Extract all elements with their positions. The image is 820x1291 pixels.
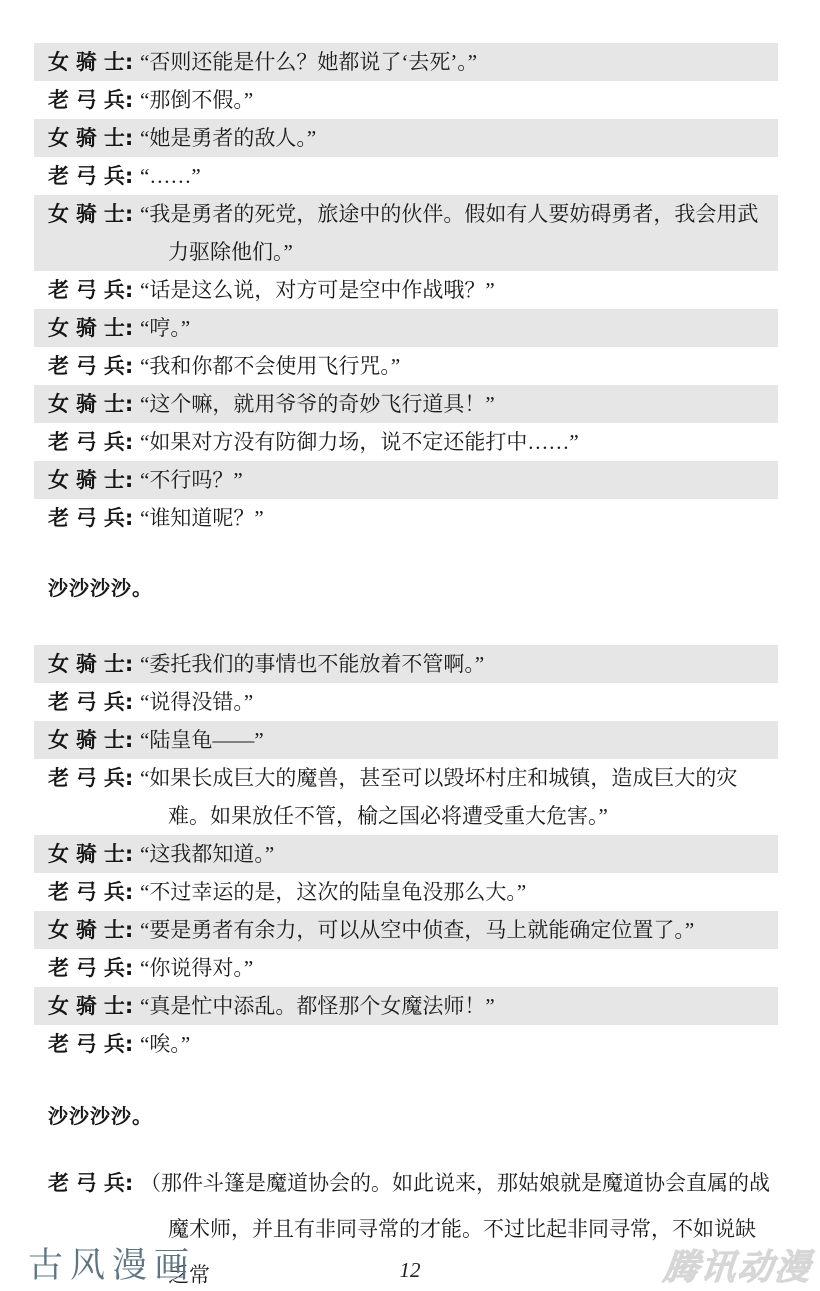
dialogue-text: “那倒不假。” <box>140 81 772 119</box>
dialogue-text: “如果长成巨大的魔兽，甚至可以毁坏村庄和城镇，造成巨大的灾难。如果放任不管，榆之… <box>140 759 772 835</box>
dialogue-row: 女骑士:“否则还能是什么？她都说了‘去死’。” <box>34 43 778 81</box>
dialogue-text: “不行吗？” <box>140 461 772 499</box>
dialogue-text: “真是忙中添乱。都怪那个女魔法师！” <box>140 987 772 1025</box>
speaker-label: 女骑士: <box>48 911 140 949</box>
speaker-label: 老弓兵: <box>48 1025 140 1063</box>
narration-sfx: 沙沙沙沙。 <box>48 577 820 599</box>
dialogue-row: 女骑士:“陆皇龟——” <box>34 721 778 759</box>
dialogue-row: 女骑士:“不行吗？” <box>34 461 778 499</box>
dialogue-row: 老弓兵:“……” <box>34 157 778 195</box>
dialogue-row: 老弓兵:“说得没错。” <box>34 683 778 721</box>
speaker-label: 老弓兵: <box>48 423 140 461</box>
dialogue-row: 老弓兵:“如果长成巨大的魔兽，甚至可以毁坏村庄和城镇，造成巨大的灾难。如果放任不… <box>34 759 778 835</box>
speaker-label: 女骑士: <box>48 835 140 873</box>
dialogue-text: “不过幸运的是，这次的陆皇龟没那么大。” <box>140 873 772 911</box>
dialogue-row: 老弓兵:“那倒不假。” <box>34 81 778 119</box>
dialogue-row: 女骑士:“委托我们的事情也不能放着不管啊。” <box>34 645 778 683</box>
dialogue-row: 女骑士:“这我都知道。” <box>34 835 778 873</box>
dialogue-text: “你说得对。” <box>140 949 772 987</box>
dialogue-list: 女骑士:“否则还能是什么？她都说了‘去死’。”老弓兵:“那倒不假。”女骑士:“她… <box>0 0 820 1291</box>
dialogue-text: “我和你都不会使用飞行咒。” <box>140 347 772 385</box>
dialogue-section: 女骑士:“委托我们的事情也不能放着不管啊。”老弓兵:“说得没错。”女骑士:“陆皇… <box>34 645 778 1063</box>
dialogue-row: 女骑士:“我是勇者的死党，旅途中的伙伴。假如有人要妨碍勇者，我会用武力驱除他们。… <box>34 195 778 271</box>
speaker-label: 女骑士: <box>48 461 140 499</box>
dialogue-text: “……” <box>140 157 772 195</box>
speaker-label: 女骑士: <box>48 195 140 233</box>
speaker-label: 女骑士: <box>48 119 140 157</box>
dialogue-row: 老弓兵:“不过幸运的是，这次的陆皇龟没那么大。” <box>34 873 778 911</box>
dialogue-text: “哼。” <box>140 309 772 347</box>
dialogue-text: “说得没错。” <box>140 683 772 721</box>
speaker-label: 老弓兵: <box>48 759 140 797</box>
speaker-label: 女骑士: <box>48 385 140 423</box>
speaker-label: 老弓兵: <box>48 499 140 537</box>
speaker-label: 老弓兵: <box>48 949 140 987</box>
dialogue-row: 女骑士:“真是忙中添乱。都怪那个女魔法师！” <box>34 987 778 1025</box>
dialogue-row: 女骑士:“哼。” <box>34 309 778 347</box>
dialogue-text: “她是勇者的敌人。” <box>140 119 772 157</box>
script-page: 女骑士:“否则还能是什么？她都说了‘去死’。”老弓兵:“那倒不假。”女骑士:“她… <box>0 0 820 1291</box>
speaker-label: 老弓兵: <box>48 873 140 911</box>
dialogue-row: 女骑士:“她是勇者的敌人。” <box>34 119 778 157</box>
speaker-label: 女骑士: <box>48 309 140 347</box>
dialogue-text: “委托我们的事情也不能放着不管啊。” <box>140 645 772 683</box>
speaker-label: 老弓兵: <box>48 81 140 119</box>
dialogue-text: “我是勇者的死党，旅途中的伙伴。假如有人要妨碍勇者，我会用武力驱除他们。” <box>140 195 772 271</box>
dialogue-row: 女骑士:“要是勇者有余力，可以从空中侦查，马上就能确定位置了。” <box>34 911 778 949</box>
dialogue-text: “否则还能是什么？她都说了‘去死’。” <box>140 43 772 81</box>
dialogue-row: 女骑士:“这个嘛，就用爷爷的奇妙飞行道具！” <box>34 385 778 423</box>
dialogue-text: “要是勇者有余力，可以从空中侦查，马上就能确定位置了。” <box>140 911 772 949</box>
dialogue-text: “陆皇龟——” <box>140 721 772 759</box>
dialogue-text: “唉。” <box>140 1025 772 1063</box>
narration-sfx: 沙沙沙沙。 <box>48 1105 820 1127</box>
dialogue-text: “谁知道呢？” <box>140 499 772 537</box>
dialogue-row: 老弓兵:“如果对方没有防御力场，说不定还能打中……” <box>34 423 778 461</box>
dialogue-row: 老弓兵:“你说得对。” <box>34 949 778 987</box>
dialogue-text: “如果对方没有防御力场，说不定还能打中……” <box>140 423 772 461</box>
speaker-label: 女骑士: <box>48 43 140 81</box>
speaker-label: 女骑士: <box>48 645 140 683</box>
speaker-label: 老弓兵: <box>48 157 140 195</box>
dialogue-text: “这我都知道。” <box>140 835 772 873</box>
watermark: 腾讯动漫 <box>661 1240 814 1290</box>
speaker-label: 女骑士: <box>48 721 140 759</box>
dialogue-text: “这个嘛，就用爷爷的奇妙飞行道具！” <box>140 385 772 423</box>
speaker-label: 老弓兵: <box>48 347 140 385</box>
speaker-label: 女骑士: <box>48 987 140 1025</box>
dialogue-row: 老弓兵:“话是这么说，对方可是空中作战哦？” <box>34 271 778 309</box>
dialogue-row: 老弓兵:“唉。” <box>34 1025 778 1063</box>
dialogue-row: 老弓兵:“谁知道呢？” <box>34 499 778 537</box>
speaker-label: 老弓兵: <box>48 271 140 309</box>
speaker-label: 老弓兵: <box>48 683 140 721</box>
dialogue-row: 老弓兵:“我和你都不会使用飞行咒。” <box>34 347 778 385</box>
speaker-label: 老弓兵: <box>48 1160 140 1206</box>
dialogue-text: “话是这么说，对方可是空中作战哦？” <box>140 271 772 309</box>
dialogue-section: 女骑士:“否则还能是什么？她都说了‘去死’。”老弓兵:“那倒不假。”女骑士:“她… <box>34 43 778 537</box>
